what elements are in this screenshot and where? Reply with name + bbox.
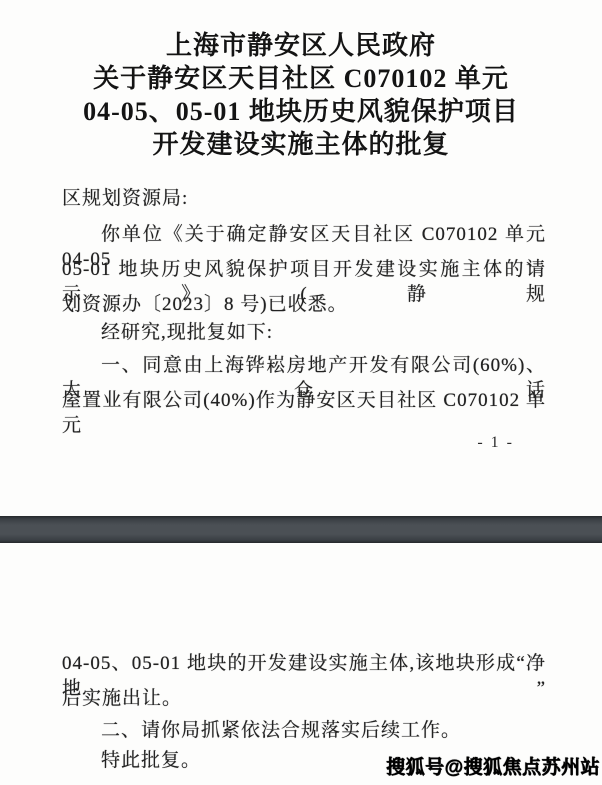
sohu-watermark: 搜狐号@搜狐焦点苏州站 — [386, 752, 600, 779]
page-separator — [0, 516, 602, 543]
title-line-2: 关于静安区天目社区 C070102 单元 — [0, 62, 602, 95]
document-page-1: 上海市静安区人民政府 关于静安区天目社区 C070102 单元 04-05、05… — [0, 0, 602, 516]
body-line: 后实施出让。 — [62, 686, 546, 711]
body-line: 经研究,现批复如下: — [62, 320, 546, 345]
page-number: - 1 - — [477, 434, 514, 452]
body-line: 二、请你局抓紧依法合规落实后续工作。 — [62, 718, 546, 743]
body-line: 屋置业有限公司(40%)作为静安区天目社区 C070102 单元 — [62, 388, 546, 438]
salutation-line: 区规划资源局: — [62, 186, 546, 211]
title-line-3: 04-05、05-01 地块历史风貌保护项目 — [0, 95, 602, 128]
scanned-document: 上海市静安区人民政府 关于静安区天目社区 C070102 单元 04-05、05… — [0, 0, 602, 785]
body-line: 划资源办〔2023〕8 号)已收悉。 — [62, 292, 546, 317]
title-line-4: 开发建设实施主体的批复 — [0, 128, 602, 161]
document-title: 上海市静安区人民政府 关于静安区天目社区 C070102 单元 04-05、05… — [0, 29, 602, 161]
title-line-1: 上海市静安区人民政府 — [0, 29, 602, 62]
